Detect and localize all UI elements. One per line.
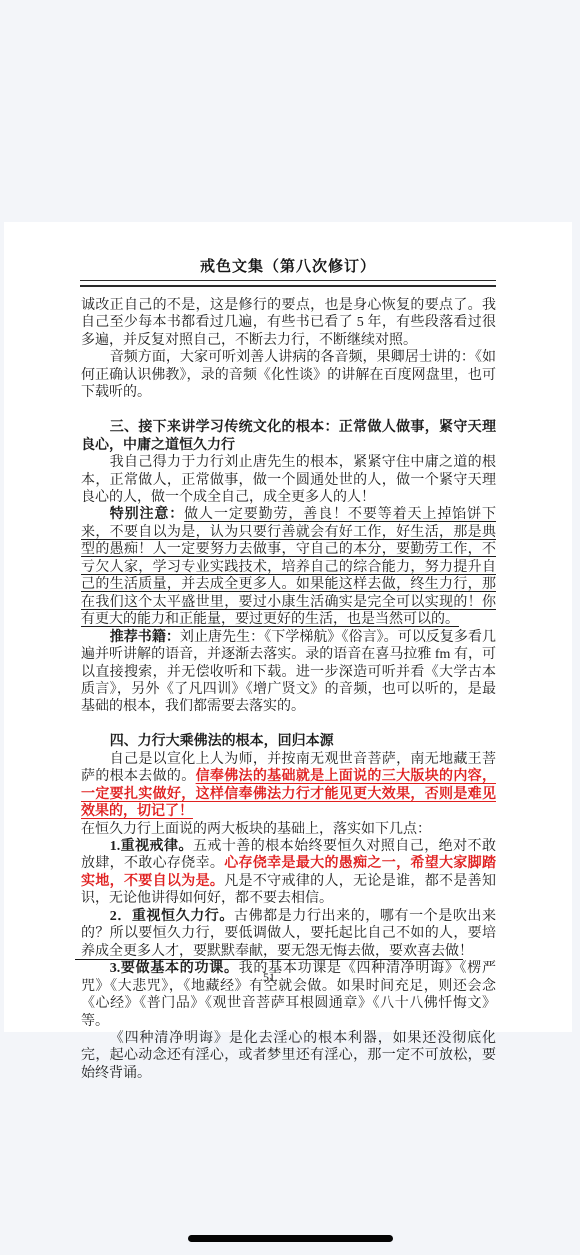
text-segment-bold: 特别注意： [110,507,184,522]
document-body: 诚改正自己的不是，这是修行的要点，也是身心恢复的要点了。我自己至少每本书都看过几… [81,297,496,1082]
body-paragraph: 在恒久力行上面说的两大板块的基础上，落实如下几点： [81,821,496,838]
text-segment-normal: 我自己得力于力行刘止唐先生的根本，紧紧守住中庸之道的根本，正常做人，正常做事，做… [81,455,496,505]
phone-screen: 戒色文集（第八次修订） 诚改正自己的不是，这是修行的要点，也是身心恢复的要点了。… [0,0,580,1255]
text-segment-bold: 1.重视戒律。 [110,839,193,854]
blank-line [81,716,496,733]
text-segment-normal: 音频方面，大家可听刘善人讲病的各音频，果卿居士讲的：《如何正确认识佛教》，录的音… [81,350,496,400]
text-segment-bold: 2．重视恒久力行。 [110,909,234,924]
section-heading: 三、接下来讲学习传统文化的根本：正常做人做事，紧守天理良心，中庸之道恒久力行 [81,419,496,454]
body-paragraph: 我自己得力于力行刘止唐先生的根本，紧紧守住中庸之道的根本，正常做人，正常做事，做… [81,454,496,506]
body-paragraph: 特别注意：做人一定要勤劳，善良！不要等着天上掉馅饼下来，不要自以为是，认为只要行… [81,506,496,628]
body-paragraph: 推荐书籍：刘止唐先生：《下学梯航》《俗言》。可以反复多看几遍并听讲解的语音，并逐… [81,629,496,716]
body-paragraph: 音频方面，大家可听刘善人讲病的各音频，果卿居士讲的：《如何正确认识佛教》，录的音… [81,349,496,401]
body-paragraph: 自己是以宣化上人为师，并按南无观世音菩萨，南无地藏王菩萨的根本去做的。信奉佛法的… [81,751,496,821]
home-indicator-bar[interactable] [188,1235,393,1242]
text-segment-underline: 做人一定要勤劳，善良！不要等着天上掉馅饼下来，不要自以为是，认为只要行善就会有好… [81,507,496,627]
section-heading: 四、力行大乘佛法的根本，回归本源 [81,733,496,750]
body-paragraph: 1.重视戒律。五戒十善的根本始终要恒久对照自己，绝对不敢放肆，不敢心存侥幸。心存… [81,838,496,908]
document-header-title: 戒色文集（第八次修订） [4,258,572,276]
page-number: 51 [75,970,463,985]
text-segment-normal: 三、接下来讲学习传统文化的根本：正常做人做事，紧守天理良心，中庸之道恒久力行 [81,420,496,452]
text-segment-normal: 诚改正自己的不是，这是修行的要点，也是身心恢复的要点了。我自己至少每本书都看过几… [81,298,496,348]
body-paragraph: 诚改正自己的不是，这是修行的要点，也是身心恢复的要点了。我自己至少每本书都看过几… [81,297,496,349]
body-paragraph: 《四种清净明诲》是化去淫心的根本利器，如果还没彻底化完，起心动念还有淫心，或者梦… [81,1030,496,1082]
text-segment-normal: 四、力行大乘佛法的根本，回归本源 [110,734,334,749]
document-page: 戒色文集（第八次修订） 诚改正自己的不是，这是修行的要点，也是身心恢复的要点了。… [4,222,572,1032]
text-segment-normal: 《四种清净明诲》是化去淫心的根本利器，如果还没彻底化完，起心动念还有淫心，或者梦… [81,1031,496,1081]
footer-divider-rule [75,959,463,960]
blank-line [81,402,496,419]
body-paragraph: 2．重视恒久力行。古佛都是力行出来的，哪有一个是吹出来的？所以要恒久力行，要低调… [81,908,496,960]
text-segment-normal: 在恒久力行上面说的两大板块的基础上，落实如下几点： [81,822,431,837]
text-segment-bold: 推荐书籍： [110,630,180,645]
header-divider-rule [80,280,496,287]
